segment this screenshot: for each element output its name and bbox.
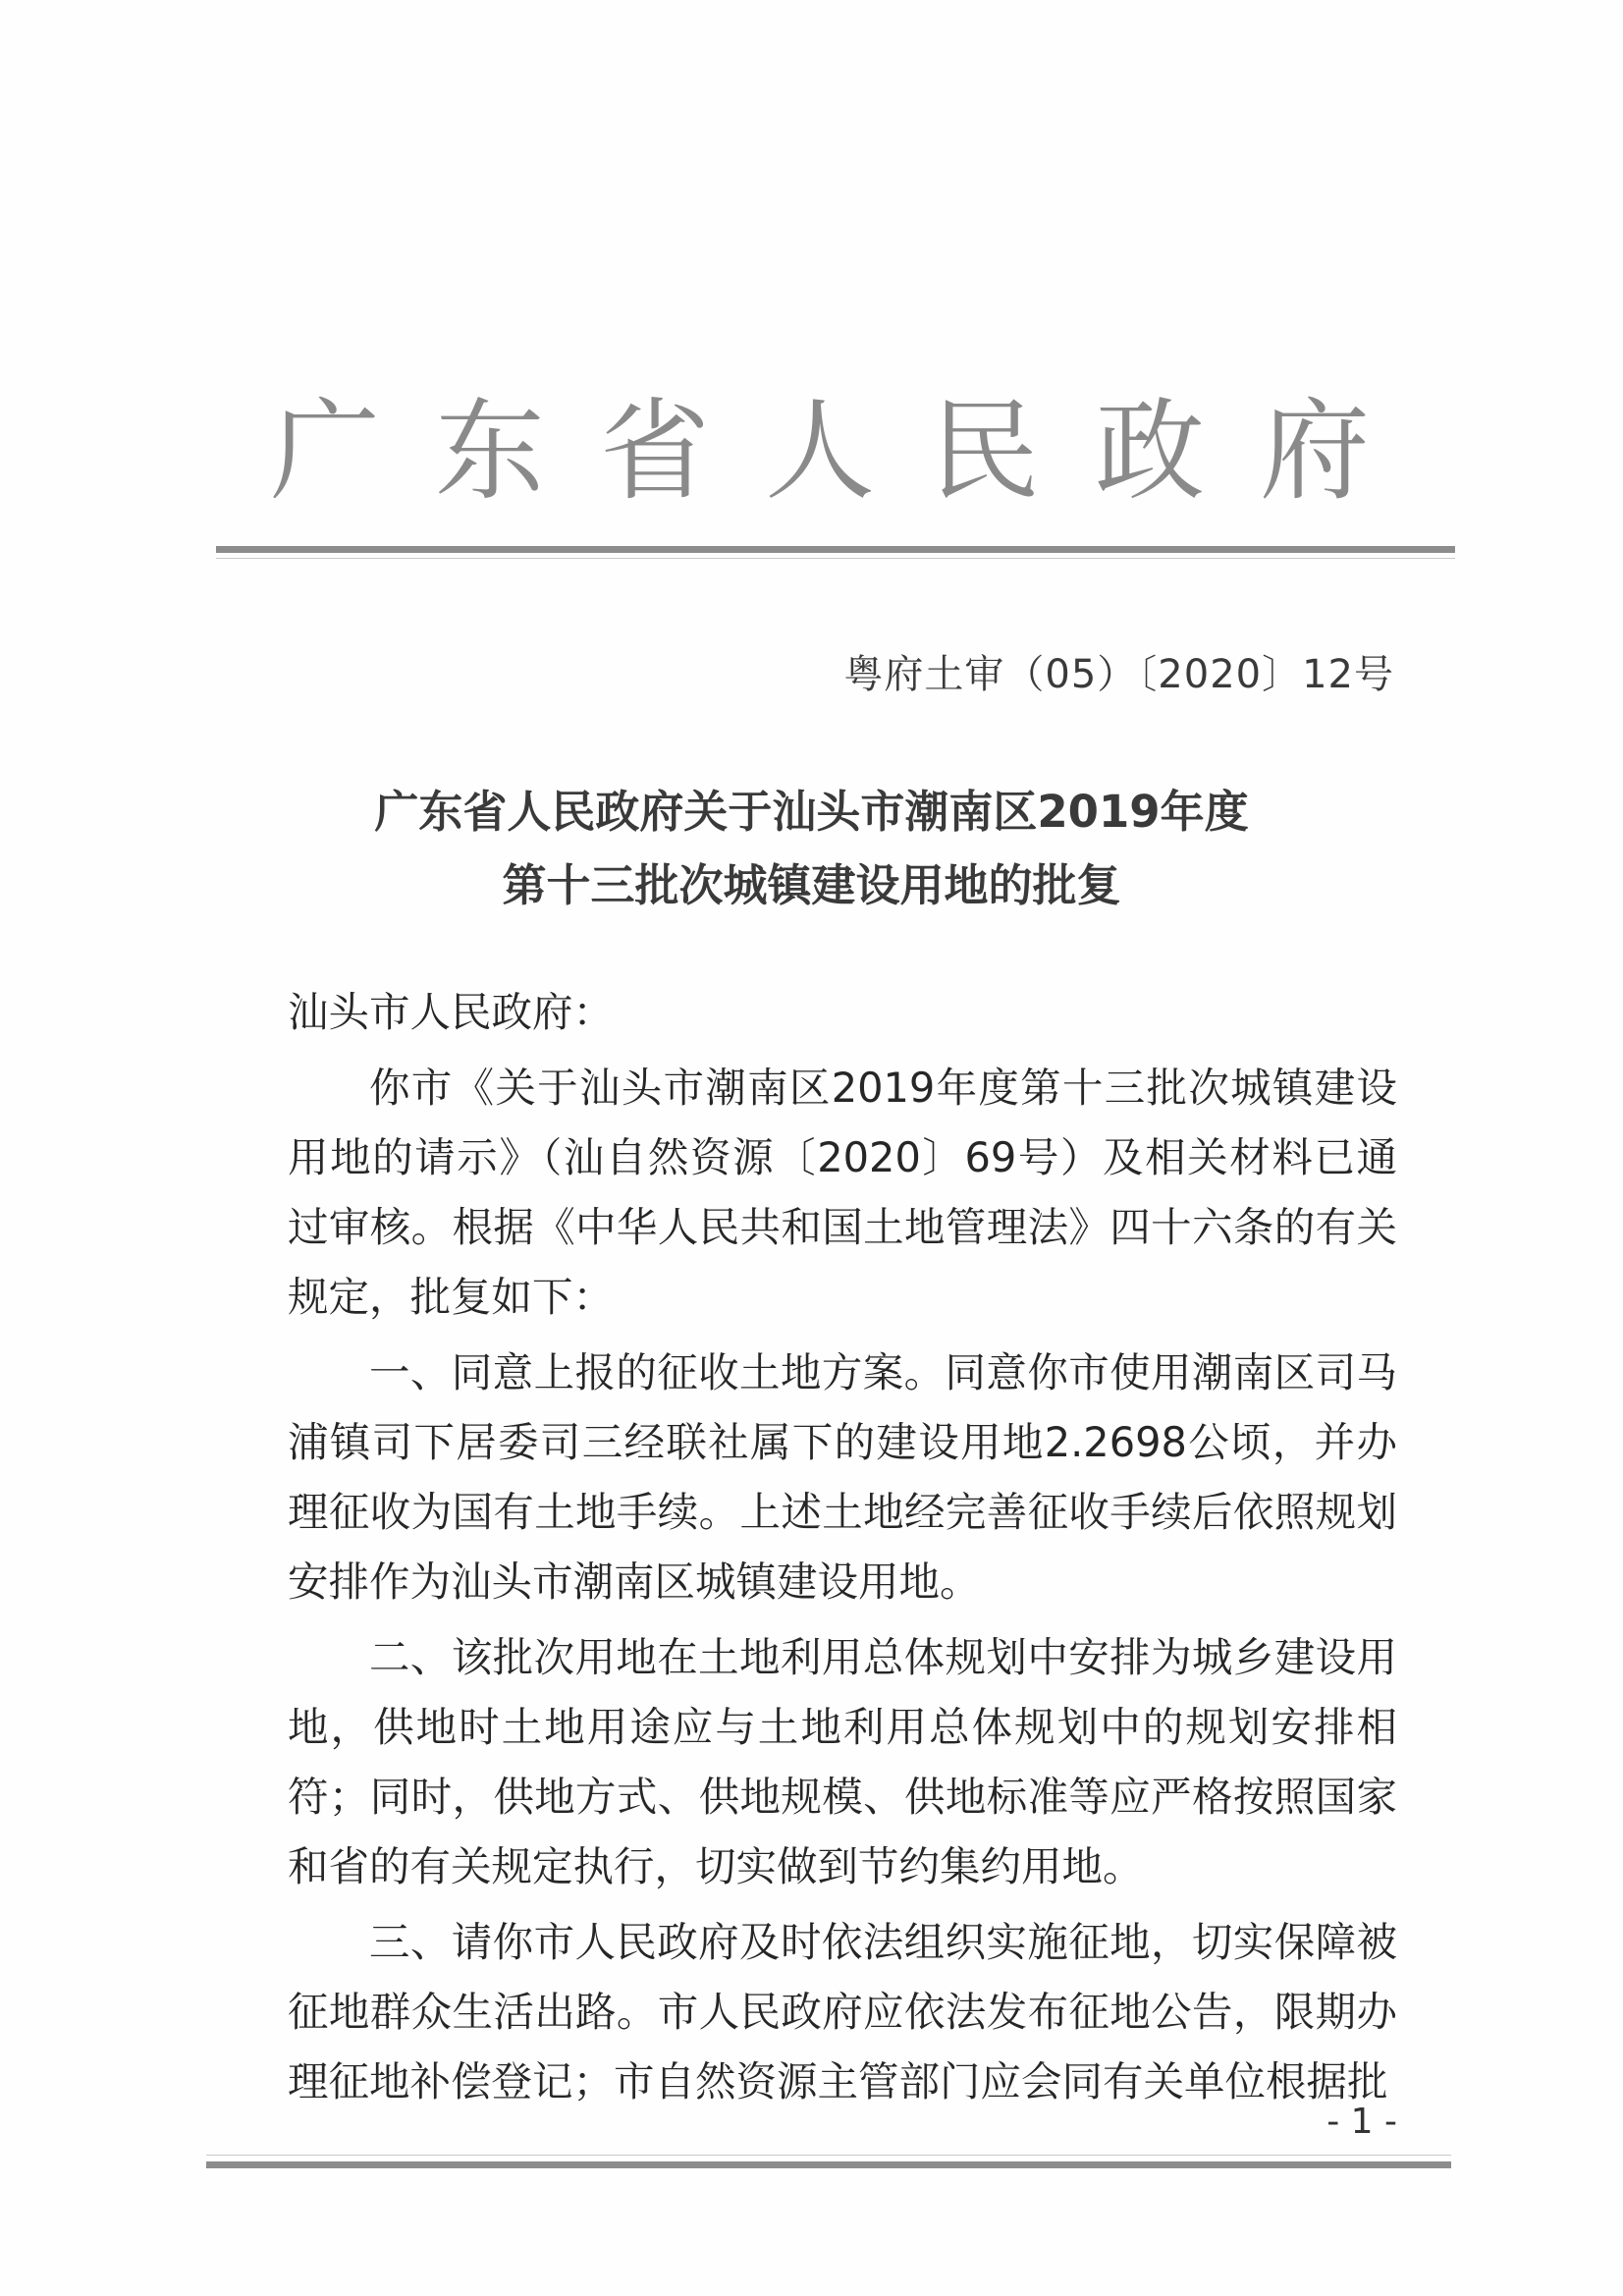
page-number: - 1 - [1326,2102,1397,2142]
document-number: 粤府土审（05）〔2020〕12号 [843,643,1394,699]
footer-divider-thin [206,2155,1451,2156]
masthead-char: 东 [435,397,545,507]
document-body: 汕头市人民政府： 你市《关于汕头市潮南区2019年度第十三批次城镇建设用地的请示… [288,977,1397,2122]
masthead-char: 广 [270,397,380,507]
paragraph-item-1: 一、同意上报的征收土地方案。同意你市使用潮南区司马浦镇司下居委司三经联社属下的建… [288,1338,1397,1616]
paragraph-item-2: 二、该批次用地在土地利用总体规划中安排为城乡建设用地，供地时土地用途应与土地利用… [288,1622,1397,1901]
header-divider-thick [216,546,1455,553]
masthead-char: 省 [600,397,710,507]
masthead-char: 府 [1260,397,1370,507]
masthead-char: 民 [930,397,1040,507]
paragraph-intro: 你市《关于汕头市潮南区2019年度第十三批次城镇建设用地的请示》（汕自然资源〔2… [288,1053,1397,1332]
header-divider-thin [216,558,1455,559]
salutation: 汕头市人民政府： [288,977,1397,1047]
masthead-char: 政 [1095,397,1205,507]
footer-divider-thick [206,2161,1451,2168]
masthead-char: 人 [765,397,875,507]
paragraph-item-3: 三、请你市人民政府及时依法组织实施征地，切实保障被征地群众生活出路。市人民政府应… [288,1907,1397,2116]
document-title-line1: 广东省人民政府关于汕头市潮南区2019年度 [0,776,1623,840]
masthead-header: 广 东 省 人 民 政 府 [270,388,1370,516]
document-page: 广 东 省 人 民 政 府 粤府土审（05）〔2020〕12号 广东省人民政府关… [0,0,1623,2296]
document-title-line2: 第十三批次城镇建设用地的批复 [0,849,1623,913]
